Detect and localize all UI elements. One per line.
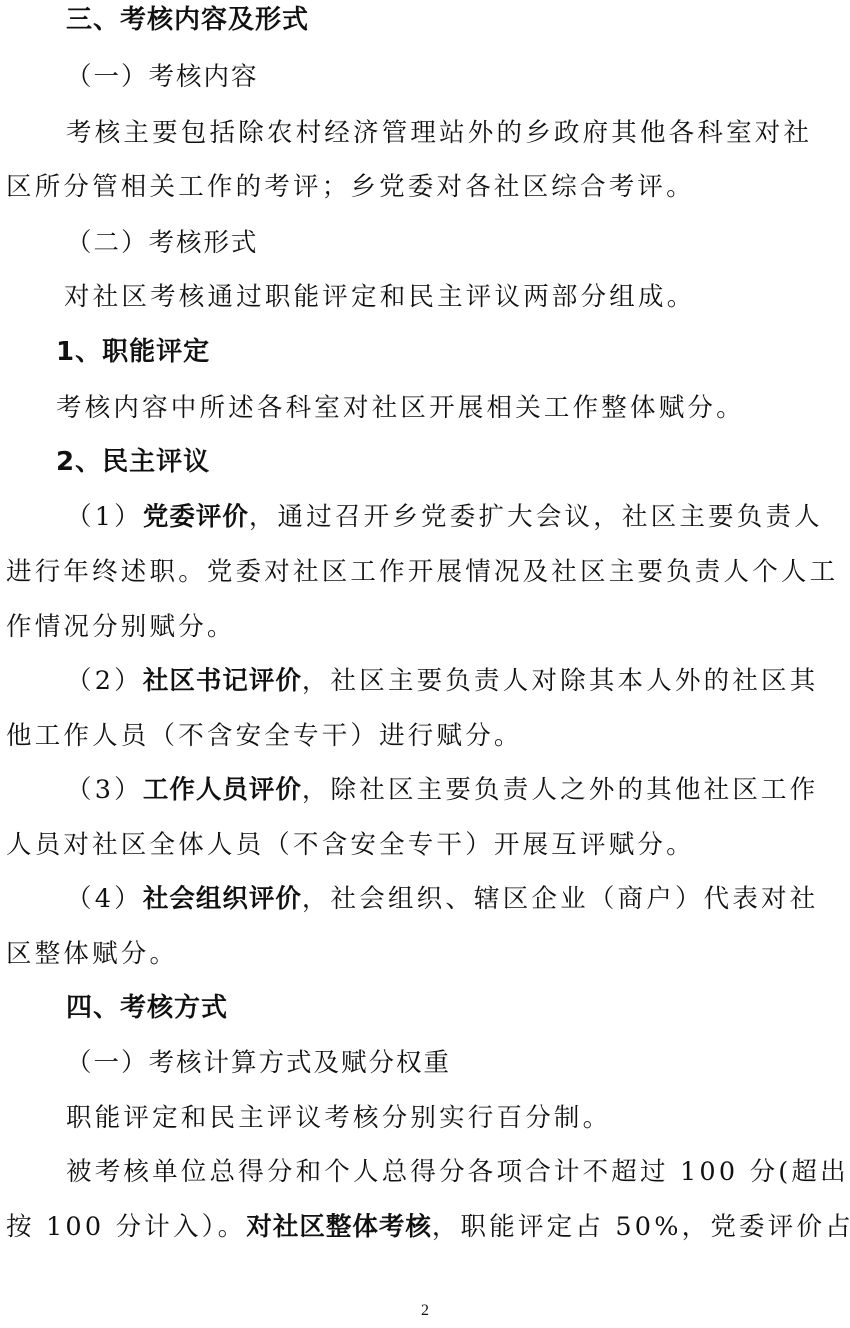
subsection-2-heading: （二）考核形式 [66, 227, 259, 259]
paragraph-line: 区整体赋分。 [6, 938, 178, 970]
paragraph-line: 考核内容中所述各科室对社区开展相关工作整体赋分。 [56, 392, 745, 424]
list-number: （4） [66, 884, 143, 914]
list-number: （2） [66, 666, 143, 696]
paragraph-line: 职能评定和民主评议考核分别实行百分制。 [66, 1102, 611, 1134]
bold-term: 对社区整体考核 [246, 1212, 432, 1242]
paragraph-line: 对社区考核通过职能评定和民主评议两部分组成。 [64, 281, 695, 313]
section-4-heading: 四、考核方式 [66, 992, 228, 1024]
paragraph-text: 按 100 分计入）。 [6, 1212, 246, 1242]
evaluation-3-line: （3）工作人员评价，除社区主要负责人之外的其他社区工作 [66, 774, 818, 806]
bold-term: 社会组织评价 [143, 884, 302, 914]
paragraph-text: ，通过召开乡党委扩大会议，社区主要负责人 [249, 502, 823, 532]
bold-term: 社区书记评价 [143, 666, 302, 696]
section-3-heading: 三、考核内容及形式 [66, 4, 309, 36]
paragraph-text: ，社区主要负责人对除其本人外的社区其 [302, 666, 819, 696]
paragraph-line: 区所分管相关工作的考评；乡党委对各社区综合考评。 [6, 171, 695, 203]
paragraph-line: 人员对社区全体人员（不含安全专干）开展互评赋分。 [6, 829, 695, 861]
paragraph-line: 考核主要包括除农村经济管理站外的乡政府其他各科室对社 [66, 117, 812, 149]
subsection-1-heading: （一）考核内容 [66, 61, 259, 93]
list-number: （3） [66, 775, 143, 805]
subsection-heading: （一）考核计算方式及赋分权重 [66, 1047, 451, 1079]
paragraph-text: ，社会组织、辖区企业（商户）代表对社 [302, 884, 819, 914]
bold-term: 党委评价 [143, 502, 249, 532]
paragraph-text: ，职能评定占 50%，党委评价占 [432, 1212, 850, 1242]
paragraph-line: 被考核单位总得分和个人总得分各项合计不超过 100 分(超出 [66, 1156, 849, 1188]
paragraph-line: 进行年终述职。党委对社区工作开展情况及社区主要负责人个人工 [6, 556, 838, 588]
evaluation-4-line: （4）社会组织评价，社会组织、辖区企业（商户）代表对社 [66, 883, 818, 915]
paragraph-line: 按 100 分计入）。对社区整体考核，职能评定占 50%，党委评价占 [6, 1211, 850, 1243]
bold-term: 工作人员评价 [143, 775, 302, 805]
item-1-heading: 1、职能评定 [56, 336, 210, 368]
paragraph-text: ，除社区主要负责人之外的其他社区工作 [302, 775, 819, 805]
item-2-heading: 2、民主评议 [56, 446, 210, 478]
paragraph-line: 他工作人员（不含安全专干）进行赋分。 [6, 720, 523, 752]
list-number: （1） [66, 502, 143, 532]
evaluation-2-line: （2）社区书记评价，社区主要负责人对除其本人外的社区其 [66, 665, 818, 697]
paragraph-line: 作情况分别赋分。 [6, 611, 236, 643]
page-number: 2 [0, 1302, 850, 1320]
evaluation-1-line: （1）党委评价，通过召开乡党委扩大会议，社区主要负责人 [66, 501, 823, 533]
